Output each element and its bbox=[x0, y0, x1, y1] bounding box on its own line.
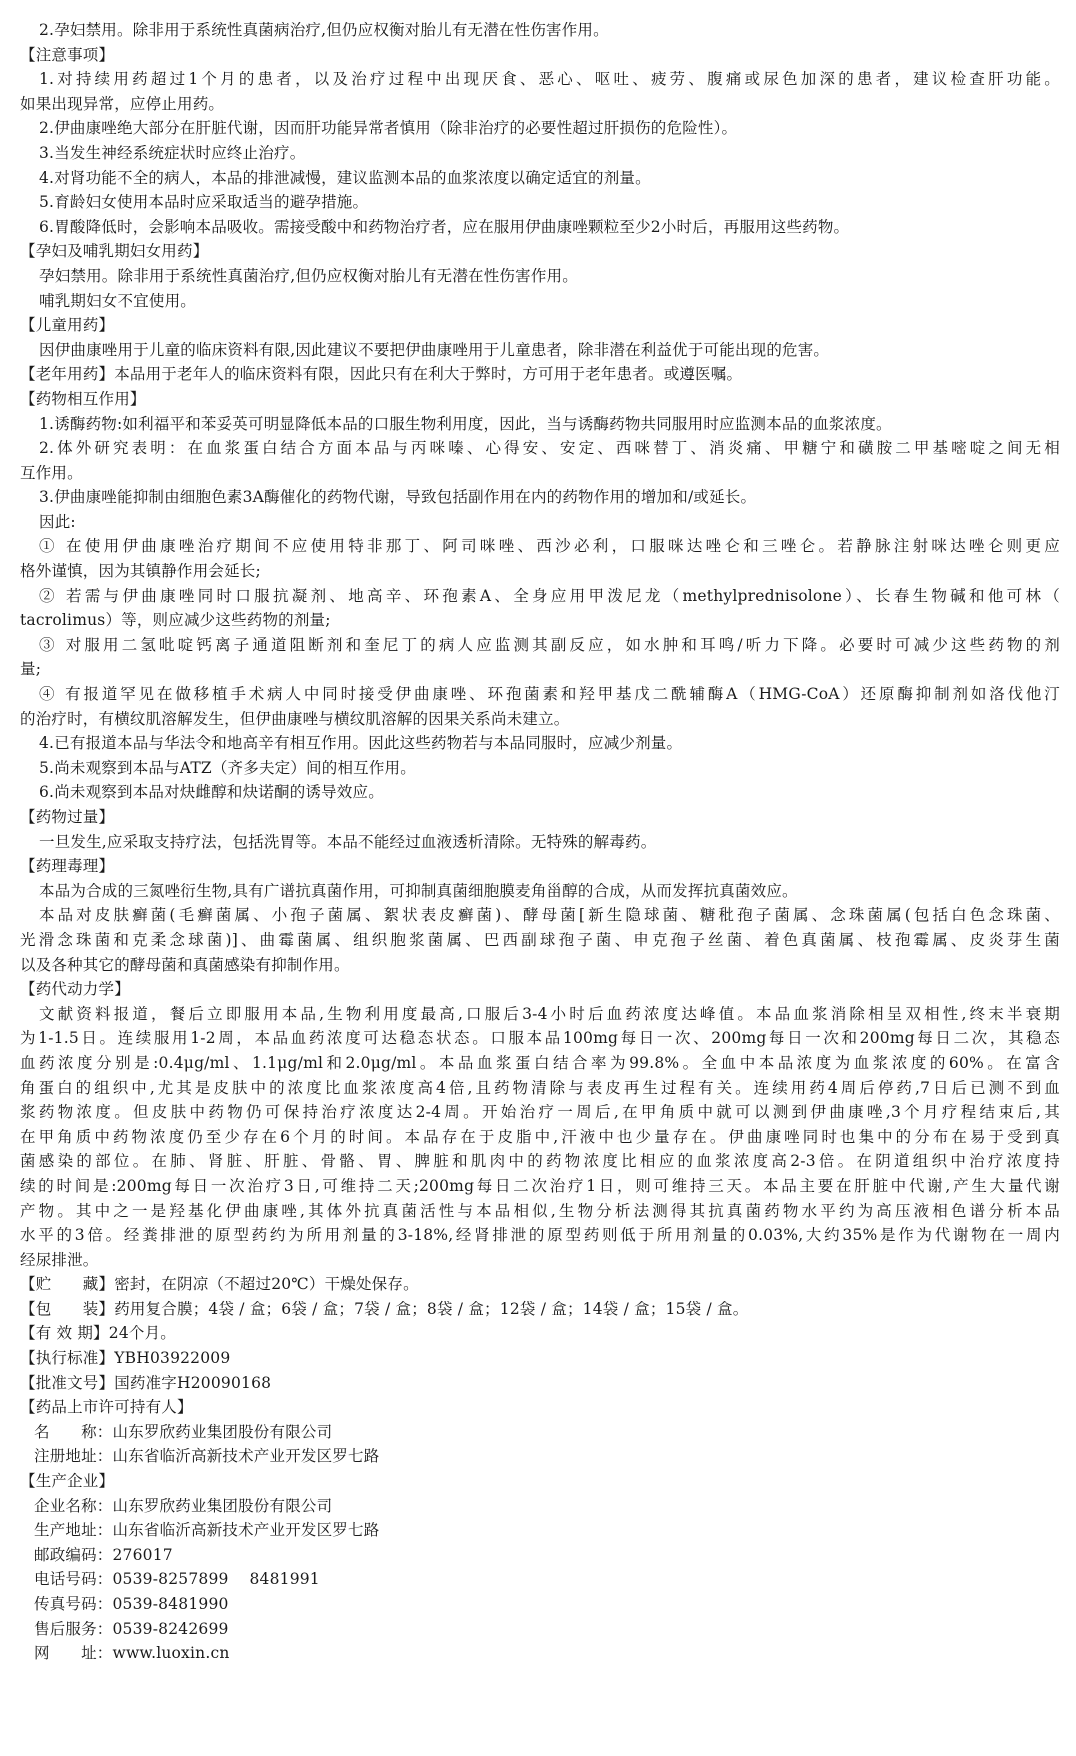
text-line: 4.对肾功能不全的病人，本品的排泄减慢，建议监测本品的血浆浓度以确定适宜的剂量。 bbox=[0, 166, 1076, 191]
text-line: tacrolimus）等，则应减少这些药物的剂量; bbox=[0, 608, 1076, 633]
text-line: 售后服务：0539-8242699 bbox=[0, 1617, 1076, 1642]
section-heading-line: 【包 装】药用复合膜；4袋 / 盒；6袋 / 盒；7袋 / 盒；8袋 / 盒；1… bbox=[0, 1297, 1076, 1322]
text-line: 因伊曲康唑用于儿童的临床资料有限,因此建议不要把伊曲康唑用于儿童患者，除非潜在利… bbox=[0, 338, 1076, 363]
text-line: 电话号码：0539-8257899 8481991 bbox=[0, 1567, 1076, 1592]
section-heading-line: 【有 效 期】24个月。 bbox=[0, 1321, 1076, 1346]
text-line: 3.当发生神经系统症状时应终止治疗。 bbox=[0, 141, 1076, 166]
text-line: 生产地址：山东省临沂高新技术产业开发区罗七路 bbox=[0, 1518, 1076, 1543]
text-line: ① 在使用伊曲康唑治疗期间不应使用特非那丁、阿司咪唑、西沙必利，口服咪达唑仑和三… bbox=[0, 534, 1076, 559]
text-line: 邮政编码：276017 bbox=[0, 1543, 1076, 1568]
section-heading-line: 【药物相互作用】 bbox=[0, 387, 1076, 412]
text-line: 传真号码：0539-8481990 bbox=[0, 1592, 1076, 1617]
text-line: 浆药物浓度。但皮肤中药物仍可保持治疗浓度达2-4周。开始治疗一周后,在甲角质中就… bbox=[0, 1100, 1076, 1125]
text-line: ③ 对服用二氢吡啶钙离子通道阻断剂和奎尼丁的病人应监测其副反应，如水肿和耳鸣/听… bbox=[0, 633, 1076, 658]
text-line: 6.胃酸降低时，会影响本品吸收。需接受酸中和药物治疗者，应在服用伊曲康唑颗粒至少… bbox=[0, 215, 1076, 240]
text-line: 名 称：山东罗欣药业集团股份有限公司 bbox=[0, 1420, 1076, 1445]
text-line: 因此: bbox=[0, 510, 1076, 535]
section-heading-line: 【药代动力学】 bbox=[0, 977, 1076, 1002]
text-line: 如果出现异常，应停止用药。 bbox=[0, 92, 1076, 117]
text-line: ④ 有报道罕见在做移植手术病人中同时接受伊曲康唑、环孢菌素和羟甲基戊二酰辅酶A（… bbox=[0, 682, 1076, 707]
text-line: ② 若需与伊曲康唑同时口服抗凝剂、地高辛、环孢素A、全身应用甲泼尼龙（methy… bbox=[0, 584, 1076, 609]
text-line: 一旦发生,应采取支持疗法，包括洗胃等。本品不能经过血液透析清除。无特殊的解毒药。 bbox=[0, 830, 1076, 855]
text-line: 互作用。 bbox=[0, 461, 1076, 486]
text-line: 2.伊曲康唑绝大部分在肝脏代谢，因而肝功能异常者慎用（除非治疗的必要性超过肝损伤… bbox=[0, 116, 1076, 141]
text-line: 3.伊曲康唑能抑制由细胞色素3A酶催化的药物代谢，导致包括副作用在内的药物作用的… bbox=[0, 485, 1076, 510]
text-line: 文献资料报道，餐后立即服用本品,生物利用度最高,口服后3-4小时后血药浓度达峰值… bbox=[0, 1002, 1076, 1027]
text-line: 1.对持续用药超过1个月的患者，以及治疗过程中出现厌食、恶心、呕吐、疲劳、腹痛或… bbox=[0, 67, 1076, 92]
section-heading-line: 【贮 藏】密封，在阴凉（不超过20℃）干燥处保存。 bbox=[0, 1272, 1076, 1297]
section-heading-line: 【批准文号】国药准字H20090168 bbox=[0, 1371, 1076, 1396]
text-line: 以及各种其它的酵母菌和真菌感染有抑制作用。 bbox=[0, 953, 1076, 978]
text-line: 2.孕妇禁用。除非用于系统性真菌病治疗,但仍应权衡对胎儿有无潜在性伤害作用。 bbox=[0, 18, 1076, 43]
text-line: 本品为合成的三氮唑衍生物,具有广谱抗真菌作用，可抑制真菌细胞膜麦角甾醇的合成，从… bbox=[0, 879, 1076, 904]
text-line: 的治疗时，有横纹肌溶解发生，但伊曲康唑与横纹肌溶解的因果关系尚未建立。 bbox=[0, 707, 1076, 732]
text-line: 4.已有报道本品与华法令和地高辛有相互作用。因此这些药物若与本品同服时，应减少剂… bbox=[0, 731, 1076, 756]
section-heading-line: 【儿童用药】 bbox=[0, 313, 1076, 338]
text-line: 量; bbox=[0, 657, 1076, 682]
text-line: 续的时间是:200mg每日一次治疗3日,可维持二天;200mg每日二次治疗1日，… bbox=[0, 1174, 1076, 1199]
section-heading-line: 【生产企业】 bbox=[0, 1469, 1076, 1494]
text-line: 哺乳期妇女不宜使用。 bbox=[0, 289, 1076, 314]
text-line: 2.体外研究表明：在血浆蛋白结合方面本品与丙咪嗪、心得安、安定、西咪替丁、消炎痛… bbox=[0, 436, 1076, 461]
text-line: 5.育龄妇女使用本品时应采取适当的避孕措施。 bbox=[0, 190, 1076, 215]
text-line: 产物。其中之一是羟基化伊曲康唑,其体外抗真菌活性与本品相似,生物分析法测得其抗真… bbox=[0, 1199, 1076, 1224]
section-heading-line: 【孕妇及哺乳期妇女用药】 bbox=[0, 239, 1076, 264]
text-line: 为1-1.5日。连续服用1-2周，本品血药浓度可达稳态状态。口服本品100mg每… bbox=[0, 1026, 1076, 1051]
text-line: 网 址：www.luoxin.cn bbox=[0, 1641, 1076, 1666]
text-line: 注册地址：山东省临沂高新技术产业开发区罗七路 bbox=[0, 1444, 1076, 1469]
section-heading-line: 【老年用药】本品用于老年人的临床资料有限，因此只有在利大于弊时，方可用于老年患者… bbox=[0, 362, 1076, 387]
text-line: 角蛋白的组织中,尤其是皮肤中的浓度比血浆浓度高4倍,且药物清除与表皮再生过程有关… bbox=[0, 1076, 1076, 1101]
text-line: 光滑念珠菌和克柔念球菌)]、曲霉菌属、组织胞浆菌属、巴西副球孢子菌、申克孢子丝菌… bbox=[0, 928, 1076, 953]
text-line: 本品对皮肤癣菌(毛癣菌属、小孢子菌属、絮状表皮癣菌)、酵母菌[新生隐球菌、糖秕孢… bbox=[0, 903, 1076, 928]
section-heading-line: 【药理毒理】 bbox=[0, 854, 1076, 879]
text-line: 菌感染的部位。在肺、肾脏、肝脏、骨骼、胃、脾脏和肌肉中的药物浓度比相应的血浆浓度… bbox=[0, 1149, 1076, 1174]
section-heading-line: 【执行标准】YBH03922009 bbox=[0, 1346, 1076, 1371]
text-line: 血药浓度分别是:0.4μg/ml、1.1μg/ml和2.0μg/ml。本品血浆蛋… bbox=[0, 1051, 1076, 1076]
section-heading-line: 【注意事项】 bbox=[0, 43, 1076, 68]
text-line: 1.诱酶药物:如利福平和苯妥英可明显降低本品的口服生物利用度，因此，当与诱酶药物… bbox=[0, 412, 1076, 437]
text-line: 企业名称：山东罗欣药业集团股份有限公司 bbox=[0, 1494, 1076, 1519]
drug-package-insert: 2.孕妇禁用。除非用于系统性真菌病治疗,但仍应权衡对胎儿有无潜在性伤害作用。【注… bbox=[0, 0, 1076, 1666]
text-line: 孕妇禁用。除非用于系统性真菌治疗,但仍应权衡对胎儿有无潜在性伤害作用。 bbox=[0, 264, 1076, 289]
text-line: 水平的3倍。经粪排泄的原型药约为所用剂量的3-18%,经肾排泄的原型药则低于所用… bbox=[0, 1223, 1076, 1248]
text-line: 6.尚未观察到本品对炔雌醇和炔诺酮的诱导效应。 bbox=[0, 780, 1076, 805]
text-line: 在甲角质中药物浓度仍至少存在6个月的时间。本品存在于皮脂中,汗液中也少量存在。伊… bbox=[0, 1125, 1076, 1150]
section-heading-line: 【药物过量】 bbox=[0, 805, 1076, 830]
section-heading-line: 【药品上市许可持有人】 bbox=[0, 1395, 1076, 1420]
text-line: 5.尚未观察到本品与ATZ（齐多夫定）间的相互作用。 bbox=[0, 756, 1076, 781]
text-line: 经尿排泄。 bbox=[0, 1248, 1076, 1273]
text-line: 格外谨慎，因为其镇静作用会延长; bbox=[0, 559, 1076, 584]
